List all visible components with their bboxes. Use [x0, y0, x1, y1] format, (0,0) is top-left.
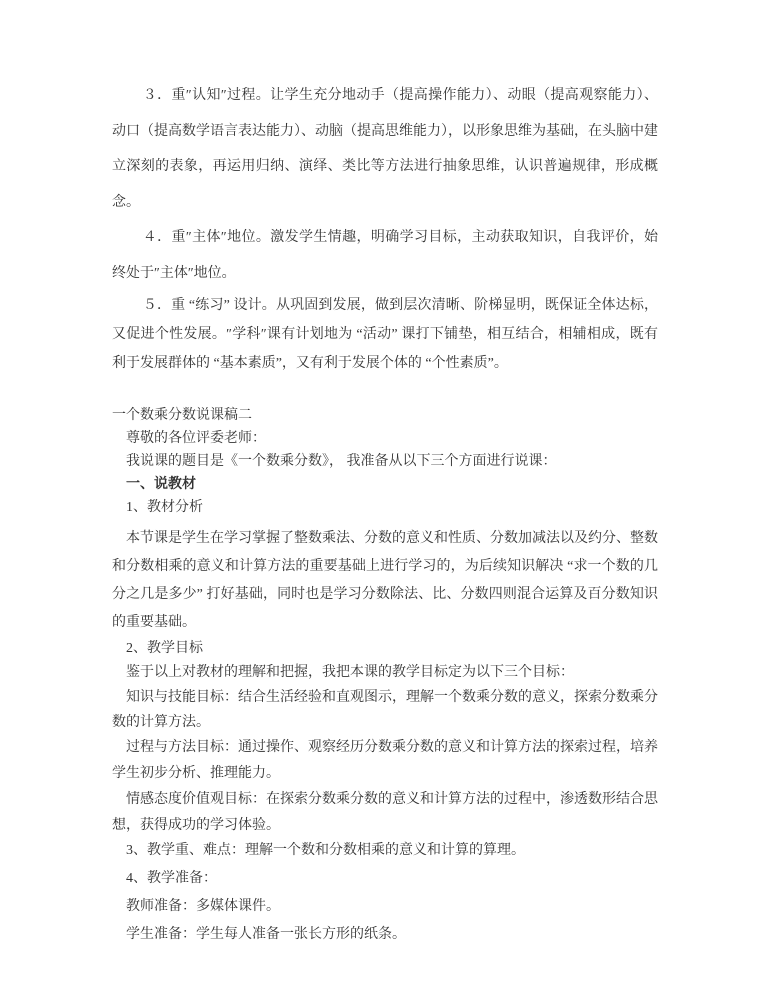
- paragraph-point-5: ５．重 “练习” 设计。从巩固到发展，做到层次清晰、阶梯显明，既保证全体达标，又…: [112, 291, 658, 378]
- para-student-preparation: 学生准备：学生每人准备一张长方形的纸条。: [112, 921, 658, 949]
- greeting-line: 尊敬的各位评委老师：: [112, 427, 658, 450]
- item-teaching-preparation-label: 4、教学准备：: [112, 865, 658, 893]
- paragraph-point-4: ４．重″主体″地位。激发学生情趣，明确学习目标，主动获取知识，自我评价，始终处于…: [112, 220, 658, 291]
- para-process-method-goal: 过程与方法目标：通过操作、观察经历分数乘分数的意义和计算方法的探索过程，培养学生…: [112, 735, 658, 787]
- section-lecture-script: 一个数乘分数说课稿二 尊敬的各位评委老师： 我说课的题目是《一个数乘分数》， 我…: [112, 404, 658, 949]
- document-page: ３．重″认知″过程。让学生充分地动手（提高操作能力）、动眼（提高观察能力）、动口…: [0, 0, 770, 1000]
- para-emotion-attitude-goal: 情感态度价值观目标：在探索分数乘分数的意义和计算方法的过程中，渗透数形结合思想，…: [112, 787, 658, 839]
- para-goals-intro: 鉴于以上对教材的理解和把握，我把本课的教学目标定为以下三个目标：: [112, 661, 658, 685]
- para-teacher-preparation: 教师准备：多媒体课件。: [112, 893, 658, 921]
- item-textbook-analysis-label: 1、教材分析: [112, 496, 658, 519]
- section-teaching-principles: ３．重″认知″过程。让学生充分地动手（提高操作能力）、动眼（提高观察能力）、动口…: [112, 78, 658, 378]
- heading-say-textbook: 一、说教材: [112, 473, 658, 496]
- para-knowledge-skills-goal: 知识与技能目标：结合生活经验和直观图示，理解一个数乘分数的意义，探索分数乘分数的…: [112, 685, 658, 735]
- paragraph-point-3: ３．重″认知″过程。让学生充分地动手（提高操作能力）、动眼（提高观察能力）、动口…: [112, 78, 658, 220]
- item-key-difficult-points: 3、教学重、难点：理解一个数和分数相乘的意义和计算的算理。: [112, 839, 658, 863]
- para-textbook-analysis-body: 本节课是学生在学习掌握了整数乘法、分数的意义和性质、分数加减法以及约分、整数和分…: [112, 525, 658, 637]
- item-teaching-goals-label: 2、教学目标: [112, 637, 658, 661]
- doc-title: 一个数乘分数说课稿二: [112, 404, 658, 427]
- intro-line: 我说课的题目是《一个数乘分数》， 我准备从以下三个方面进行说课：: [112, 450, 658, 473]
